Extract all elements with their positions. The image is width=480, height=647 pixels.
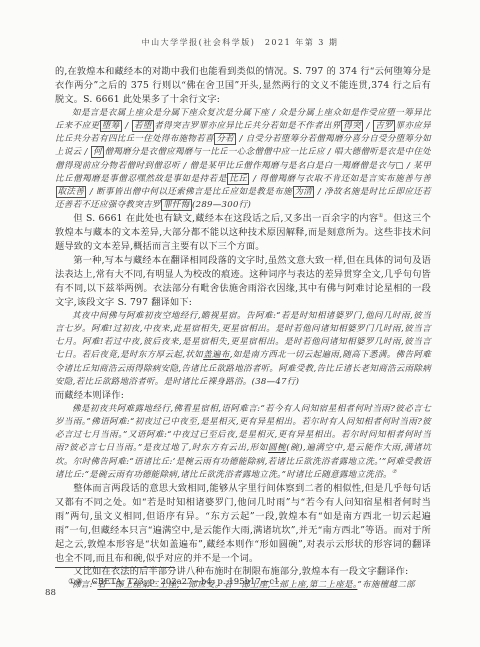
lead-in-line: 而藏经本则译作: xyxy=(55,389,431,403)
footnote-separator xyxy=(55,567,175,568)
page-body: 的,在敦煌本和藏经本的对勘中我们也能看到类似的情况。S. 797 的 374 行… xyxy=(55,65,431,593)
quote-block-canon: 佛是初夜共阿难露地经行,佛看星宿相,语阿难言:“若今有人问知宿星相者何时当雨?彼… xyxy=(55,403,431,482)
quote-block-s797: 其夜中间佛与阿难初夜空地经行,瞻视星宿。告阿难:“若是时知相诸婆罗门,他问几时雨… xyxy=(55,310,431,389)
paper-page: 中山大学学报(社会科学版) 2021 年第 3 期 的,在敦煌本和藏经本的对勘中… xyxy=(0,0,480,647)
quote-block-s6661: 如是言是衣属上座众是分属下座众复次是分属下座 / 众是分属上座众如是作受应堕一筹… xyxy=(55,107,431,213)
journal-header: 中山大学学报(社会科学版) 2021 年第 3 期 xyxy=(0,37,480,48)
body-paragraph-2: 但 S. 6661 在此处也有缺文,藏经本在这段话之后,又多出一百余字的内容①。… xyxy=(55,212,431,254)
body-paragraph-3: 第一种,写本与藏经本在翻译相同段落的文字时,虽然文意大致一样,但在具体的词句及语… xyxy=(55,254,431,310)
body-paragraph-continued: 的,在敦煌本和藏经本的对勘中我们也能看到类似的情况。S. 797 的 374 行… xyxy=(55,65,431,107)
footnote-text: ①② CBETA, T23, p. 202a27—b4, p. 195b17—c… xyxy=(55,576,431,587)
page-number: 88 xyxy=(45,588,56,598)
body-paragraph-5: 整体而言两段话的意思大致相同,能够从字里行间体察到二者的相似性,但是几乎每句话又… xyxy=(55,482,431,565)
